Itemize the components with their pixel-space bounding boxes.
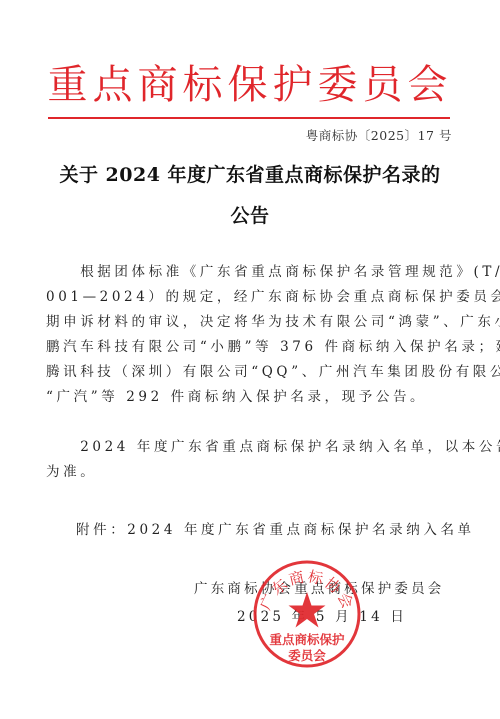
- seal-stamp-icon: 广东商标协会 重点商标保护 委员会: [251, 558, 363, 670]
- body-line: “广汽”等 292 件商标纳入保护名录，现予公告。: [46, 385, 454, 410]
- official-seal: 广东商标协会 重点商标保护 委员会: [251, 558, 363, 670]
- body-line: 腾讯科技（深圳）有限公司“QQ”、广州汽车集团股份有限公司: [46, 360, 454, 385]
- header-red-rule: [48, 117, 450, 119]
- body-line: 鹏汽车科技有限公司“小鹏”等 376 件商标纳入保护名录；延续: [46, 335, 454, 360]
- body-paragraph-1: 根据团体标准《广东省重点商标保护名录管理规范》(T/GDTA 001—2024）…: [46, 260, 454, 410]
- org-header-title: 重点商标保护委员会: [44, 58, 456, 112]
- body-paragraph-2: 2024 年度广东省重点商标保护名录纳入名单，以本公告附件 为准。: [46, 435, 454, 485]
- star-icon: [289, 592, 326, 628]
- seal-center-line1: 重点商标保护: [269, 632, 345, 647]
- body-line: 001—2024）的规定，经广东商标协会重点商标保护委员会对公示: [46, 285, 454, 310]
- body-line: 根据团体标准《广东省重点商标保护名录管理规范》(T/GDTA: [46, 260, 454, 285]
- announcement-title-line2: 公告: [30, 201, 470, 228]
- attachment-note: 附件：2024 年度广东省重点商标保护名录纳入名单: [76, 518, 475, 543]
- announcement-page: 重点商标保护委员会 粤商标协〔2025〕17 号 关于 2024 年度广东省重点…: [0, 0, 500, 719]
- body-line: 为准。: [46, 460, 454, 485]
- body-line: 期申诉材料的审议，决定将华为技术有限公司“鸿蒙”、广东小: [46, 310, 454, 335]
- seal-center-line2: 委员会: [288, 648, 326, 663]
- document-number: 粤商标协〔2025〕17 号: [306, 126, 452, 146]
- body-line: 2024 年度广东省重点商标保护名录纳入名单，以本公告附件: [46, 435, 454, 460]
- announcement-title-line1: 关于 2024 年度广东省重点商标保护名录的: [30, 160, 470, 187]
